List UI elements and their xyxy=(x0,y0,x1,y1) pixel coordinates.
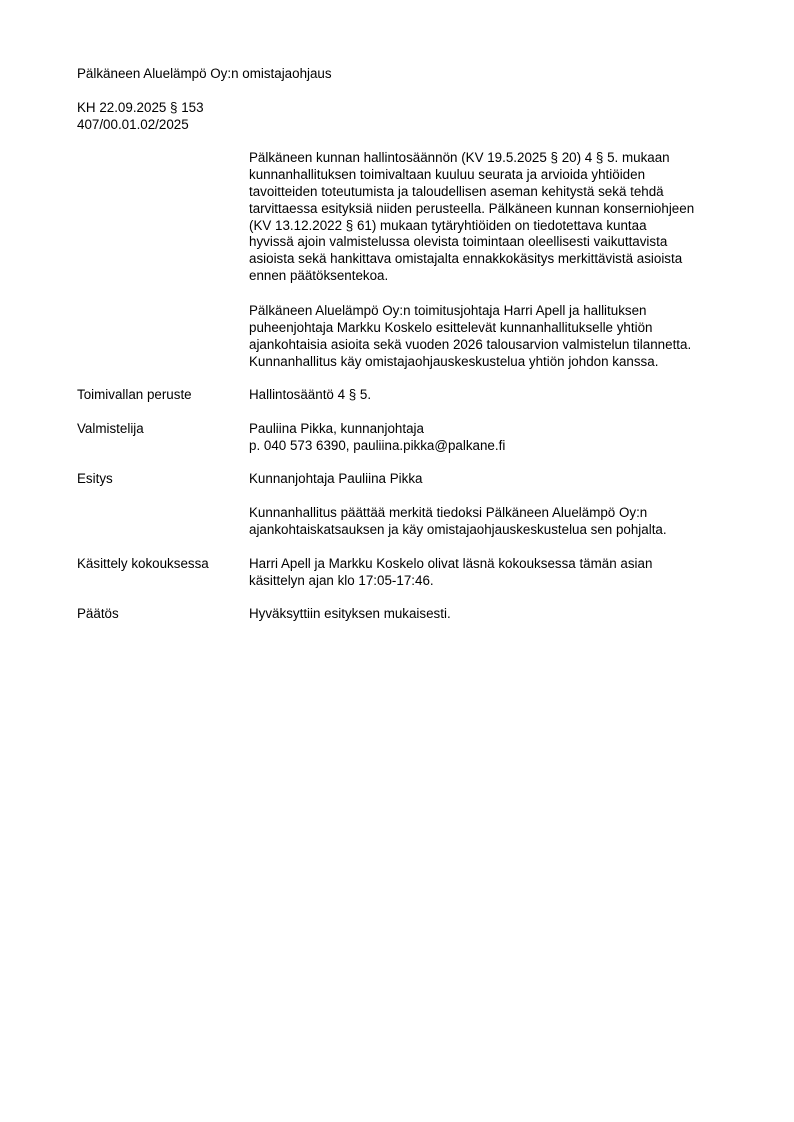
value-line: Kunnanjohtaja Pauliina Pikka xyxy=(249,471,422,488)
section-label-preparer: Valmistelija xyxy=(77,421,144,438)
paragraph-line: puheenjohtaja Markku Koskelo esittelevät… xyxy=(249,320,749,337)
value-line: Kunnanhallitus päättää merkitä tiedoksi … xyxy=(249,505,667,522)
paragraph-line: tavoitteiden toteutumista ja taloudellis… xyxy=(249,184,749,201)
meeting-section-reference: KH 22.09.2025 § 153 xyxy=(77,100,204,117)
section-value-proposal-text: Kunnanhallitus päättää merkitä tiedoksi … xyxy=(249,505,667,539)
preparer-name: Pauliina Pikka, kunnanjohtaja xyxy=(249,421,505,438)
paragraph-line: asioista sekä hankittava omistajalta enn… xyxy=(249,251,749,268)
section-value-meeting-handling: Harri Apell ja Markku Koskelo olivat läs… xyxy=(249,556,652,590)
value-line: ajankohtaiskatsauksen ja käy omistajaohj… xyxy=(249,522,667,539)
document-page: Pälkäneen Aluelämpö Oy:n omistajaohjaus … xyxy=(0,0,794,1122)
section-value-preparer: Pauliina Pikka, kunnanjohtaja p. 040 573… xyxy=(249,421,505,455)
paragraph-line: (KV 13.12.2022 § 61) mukaan tytäryhtiöid… xyxy=(249,218,749,235)
section-value-proposal: Kunnanjohtaja Pauliina Pikka xyxy=(249,471,422,488)
document-title: Pälkäneen Aluelämpö Oy:n omistajaohjaus xyxy=(77,66,332,83)
section-label-proposal: Esitys xyxy=(77,471,113,488)
value-line: Hallintosääntö 4 § 5. xyxy=(249,387,371,404)
paragraph-line: Pälkäneen Aluelämpö Oy:n toimitusjohtaja… xyxy=(249,303,749,320)
section-label-authority: Toimivallan peruste xyxy=(77,387,192,404)
intro-paragraph-1: Pälkäneen kunnan hallintosäännön (KV 19.… xyxy=(249,150,749,285)
section-value-authority: Hallintosääntö 4 § 5. xyxy=(249,387,371,404)
paragraph-line: kunnanhallituksen toimivaltaan kuuluu se… xyxy=(249,167,749,184)
paragraph-line: Kunnanhallitus käy omistajaohjauskeskust… xyxy=(249,354,749,371)
intro-paragraph-2: Pälkäneen Aluelämpö Oy:n toimitusjohtaja… xyxy=(249,303,749,371)
value-line: käsittelyn ajan klo 17:05-17:46. xyxy=(249,573,652,590)
paragraph-line: ajankohtaisia asioita sekä vuoden 2026 t… xyxy=(249,337,749,354)
meeting-reference: KH 22.09.2025 § 153 407/00.01.02/2025 xyxy=(77,100,204,134)
section-value-decision: Hyväksyttiin esityksen mukaisesti. xyxy=(249,606,451,623)
preparer-contact: p. 040 573 6390, pauliina.pikka@palkane.… xyxy=(249,438,505,455)
paragraph-line: tarvittaessa esityksiä niiden perusteell… xyxy=(249,201,749,218)
value-line: Harri Apell ja Markku Koskelo olivat läs… xyxy=(249,556,652,573)
section-label-decision: Päätös xyxy=(77,606,119,623)
paragraph-line: Pälkäneen kunnan hallintosäännön (KV 19.… xyxy=(249,150,749,167)
section-label-meeting-handling: Käsittely kokouksessa xyxy=(77,556,209,573)
record-number: 407/00.01.02/2025 xyxy=(77,117,204,134)
paragraph-line: ennen päätöksentekoa. xyxy=(249,268,749,285)
paragraph-line: hyvissä ajoin valmistelussa olevista toi… xyxy=(249,234,749,251)
value-line: Hyväksyttiin esityksen mukaisesti. xyxy=(249,606,451,623)
